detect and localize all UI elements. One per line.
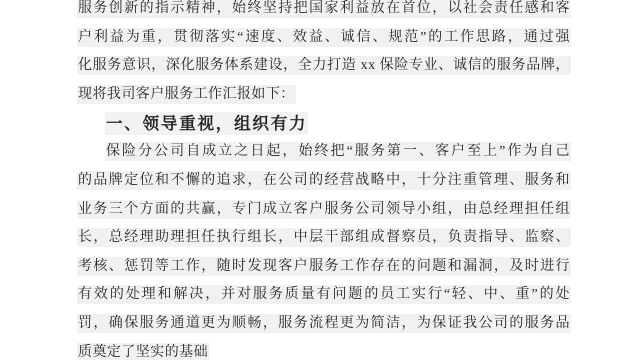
text-line: 有效的处理和解决，并对服务质量有问题的员工实行“轻、中、重”的处 [77, 281, 571, 310]
document-text-block: 服务创新的指示精神，始终坚持把国家利益放在首位，以社会责任感和客 户利益为重，贯… [77, 0, 571, 360]
text-line: 罚，确保服务通道更为顺畅，服务流程更为简洁，为保证我公司的服务品 [77, 310, 571, 339]
text-line: 考核、惩罚等工作，随时发现客户服务工作存在的问题和漏洞，及时进行 [77, 253, 571, 282]
text-line: 现将我司客户服务工作汇报如下： [77, 81, 571, 110]
text-line: 户利益为重，贯彻落实“速度、效益、诚信、规范”的工作思路，通过强 [77, 24, 571, 53]
text-line: 保险分公司自成立之日起，始终把“服务第一、客户至上”作为自己 [77, 138, 571, 167]
text-line: 长，总经理助理担任执行组长，中层干部组成督察员，负责指导、监察、 [77, 224, 571, 253]
section-heading: 一、领导重视，组织有力 [77, 109, 571, 138]
text-line: 服务创新的指示精神，始终坚持把国家利益放在首位，以社会责任感和客 [77, 0, 571, 24]
text-line: 业务三个方面的共赢，专门成立客户服务公司领导小组，由总经理担任组 [77, 196, 571, 225]
text-line: 化服务意识，深化服务体系建设，全力打造 xx 保险专业、诚信的服务品牌， [77, 52, 571, 81]
text-line-clipped: 质奠定了坚实的基础 [77, 339, 571, 360]
document-page: 服务创新的指示精神，始终坚持把国家利益放在首位，以社会责任感和客 户利益为重，贯… [0, 0, 640, 360]
text-line: 的品牌定位和不懈的追求，在公司的经营战略中，十分注重管理、服务和 [77, 167, 571, 196]
